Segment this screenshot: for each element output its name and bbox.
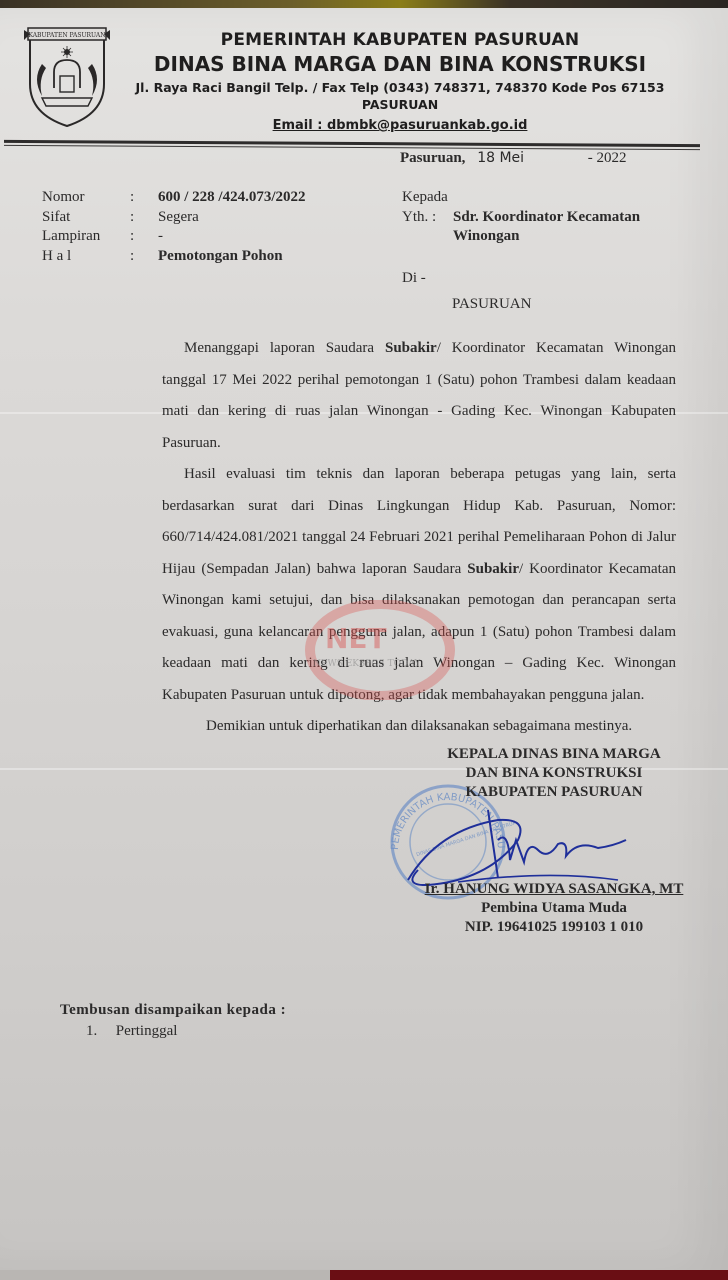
signature-block: KEPALA DINAS BINA MARGA DAN BINA KONSTRU… [384,745,724,937]
person-name: Subakir [467,561,519,577]
meta-sep: : [130,208,158,228]
meta-value: Segera [158,208,199,228]
background-edge [330,1270,728,1280]
government-name: PEMERINTAH KABUPATEN PASURUAN [120,30,680,50]
body-paragraph: Menanggapi laporan Saudara Subakir/ Koor… [162,333,676,459]
text: Menanggapi laporan Saudara [184,340,385,356]
meta-label: Nomor [42,188,130,208]
text: / Koordinator Kecamatan Winongan kami se… [162,561,676,703]
meta-row-hal: H a l : Pemotongan Pohon [42,247,306,267]
signatory-title: KABUPATEN PASURUAN [384,783,724,802]
body-paragraph: Demikian untuk diperhatikan dan dilaksan… [162,711,676,743]
recipient-name: Sdr. Koordinator Kecamatan Winongan [453,208,640,247]
meta-sep: : [130,247,158,267]
meta-sep: : [130,188,158,208]
signatory-rank: Pembina Utama Muda [384,899,724,918]
letterhead: PEMERINTAH KABUPATEN PASURUAN DINAS BINA… [120,30,680,133]
signatory-name: Ir. HANUNG WIDYA SASANGKA, MT [384,880,724,899]
letter-body: Menanggapi laporan Saudara Subakir/ Koor… [162,333,676,743]
kepada-label: Kepada [402,188,640,208]
meta-label: H a l [42,247,130,267]
date-handwritten: 18 Mei [477,150,524,166]
cc-title: Tembusan disampaikan kepada : [60,1002,286,1019]
signatory-title: KEPALA DINAS BINA MARGA [384,745,724,764]
meta-value: - [158,227,163,247]
letter-meta: Nomor : 600 / 228 /424.073/2022 Sifat : … [42,188,306,266]
text: / Koordinator Kecamatan Winongan tanggal… [162,340,676,451]
cc-item-label: Pertinggal [116,1023,178,1039]
person-name: Subakir [385,340,437,356]
agency-email: Email : dbmbk@pasuruankab.go.id [120,118,680,133]
agency-address: Jl. Raya Raci Bangil Telp. / Fax Telp (0… [120,80,680,95]
meta-label: Lampiran [42,227,130,247]
meta-label: Sifat [42,208,130,228]
carbon-copy: Tembusan disampaikan kepada : 1. Perting… [60,1002,286,1040]
svg-text:KABUPATEN PASURUAN: KABUPATEN PASURUAN [28,32,105,39]
recipient-city: PASURUAN [452,295,640,315]
agency-name: DINAS BINA MARGA DAN BINA KONSTRUKSI [120,52,680,76]
meta-sep: : [130,227,158,247]
meta-row-nomor: Nomor : 600 / 228 /424.073/2022 [42,188,306,208]
body-paragraph: Hasil evaluasi tim teknis dan laporan be… [162,459,676,711]
recipient-block: Kepada Yth. : Sdr. Koordinator Kecamatan… [402,188,640,315]
yth-label: Yth. : [402,208,453,247]
signatory-title: DAN BINA KONSTRUKSI [384,764,724,783]
cc-item: 1. Pertinggal [86,1023,286,1040]
agency-city: PASURUAN [120,97,680,112]
recipient-line: Sdr. Koordinator Kecamatan [453,209,640,225]
letter-date: Pasuruan, 18 Mei - 2022 [400,150,627,167]
date-place: Pasuruan, [400,150,465,166]
di-label: Di - [402,269,640,289]
date-year: - 2022 [588,150,627,166]
meta-row-sifat: Sifat : Segera [42,208,306,228]
signatory-nip: NIP. 19641025 199103 1 010 [384,918,724,937]
meta-row-lampiran: Lampiran : - [42,227,306,247]
regency-coat-of-arms-icon: KABUPATEN PASURUAN [22,24,112,128]
meta-value: 600 / 228 /424.073/2022 [158,188,306,208]
recipient-row: Yth. : Sdr. Koordinator Kecamatan Winong… [402,208,640,247]
recipient-line: Winongan [453,228,519,244]
cc-item-number: 1. [86,1023,112,1040]
meta-value: Pemotongan Pohon [158,247,283,267]
